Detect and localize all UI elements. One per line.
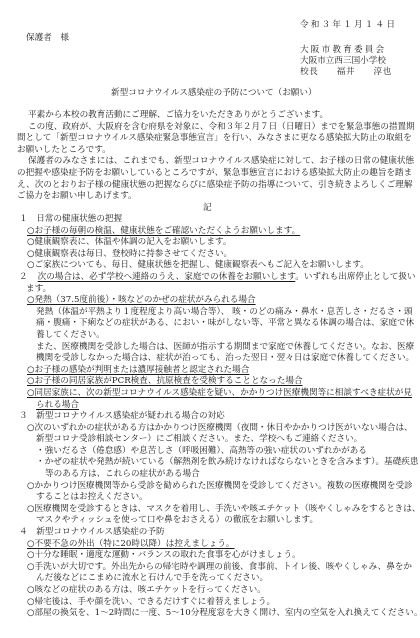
intro-line: え、次のとおりお子様の健康状態の把握ならびに感染症予防の指導について、引き続きよ… — [17, 180, 413, 191]
list-item-detail: 機関を受診しなかった場合は、症状が治っても、治った翌日・翌々日は家庭で休養してく… — [36, 353, 414, 364]
recipient: 保護者 様 — [26, 33, 69, 44]
list-item: られる場合 — [36, 400, 79, 411]
list-item: ○健康観察表は毎日、登校時に持参させてください。 — [27, 249, 232, 260]
sender-org: 大阪市教育委員会 — [300, 45, 386, 56]
intro-line: ご協力をお願い申しあげます。 — [17, 191, 137, 202]
list-item: ○お子様の毎朝の検温、健康状態をご確認いただくようお願いします。 — [27, 226, 300, 237]
list-item: ○部屋の換気を、1～2時間に一度、5～10分程度窓を大きく開け、室内の空気を入れ… — [27, 608, 420, 619]
list-item: ○ご家族についても、毎日、健康状態を把握し、健康観察表へもご記入をお願いします。 — [27, 260, 369, 271]
list-item-detail: ・かぜの症状や発熱が続いている（解熱剤を飲み続けなければならないときを含みます）… — [36, 457, 418, 468]
list-item: ○帰宅後は、手や顔を洗い、できるだけすぐに着替えましょう。 — [27, 597, 275, 608]
list-item-detail: することはお控えください。 — [36, 492, 148, 503]
list-item-detail: 新型コロナ受診相談センター）にご相談ください。また、学校へもご連絡ください。 — [36, 434, 362, 445]
list-item-detail: ・強いだるさ（倦怠感）や息苦しさ（呼吸困難）、高熱等の強い症状のいずれかがある — [36, 446, 367, 457]
list-item: ○お子様の同居家族がPCR検査、抗原検査を受検することとなった場合 — [27, 376, 303, 387]
list-item: ○健康観察表に、体温や体調の記入をお願いします。 — [27, 237, 231, 248]
intro-line: この度、政府が、大阪府を含む府県を対象に、令和３年２月７日（日曜日）までを緊急事… — [28, 122, 415, 133]
list-item: ○お子様の感染が判明または濃厚接触者と認定された場合 — [27, 365, 249, 376]
section-heading: ３ 新型コロナウイルス感染症が疑われる場合の対応 — [19, 411, 225, 422]
list-item: ○咳などの症状のある方は、咳エチケットを行ってください。 — [27, 585, 266, 596]
intro-line: 間として「新型コロナウイルス感染症緊急事態宣言」を行い、みなさまに更なる感染拡大… — [17, 133, 412, 144]
intro-line: 保護者のみなさまには、これまでも、新型コロナウイルス感染症に対して、お子様の日常… — [28, 156, 414, 167]
list-item-detail: 等のある方は、これらの症状がある場合 — [45, 469, 200, 480]
sender-school: 大阪市立西三国小学校 — [300, 56, 386, 67]
intro-line: の把握や感染症予防をお願いしているところですが、緊急事態宣言における感染拡大防止… — [17, 168, 412, 179]
intro-line: 平素から本校の教育活動にご理解、ご協力をいただきありがとうございます。 — [28, 110, 328, 121]
list-item: ○不要不急の外出（特に20時以降）は控えましょう。 — [27, 539, 235, 550]
intro-line: お願いしたところです。 — [17, 145, 111, 156]
section-heading: ２次の場合は、必ず学校へ連絡のうえ、家庭での休養をお願いします。いずれも出席停止… — [19, 272, 416, 283]
sender-principal: 校長 福井 淳也 — [300, 67, 392, 78]
section-heading: ４ 新型コロナウイルス感染症の予防 — [19, 527, 165, 538]
list-item: ○次のいずれかの症状がある方はかかりつけ医療機関（夜間・休日やかかりつけ医がいな… — [27, 423, 413, 434]
document-date: 令和３年１月１４日 — [300, 20, 397, 31]
list-item-detail: 養してください。 — [36, 330, 105, 341]
list-item: ○十分な睡眠・適度な運動・バランスの取れた食事を心がけましょう。 — [27, 550, 301, 561]
list-item-detail: マスクやティッシュを使って口や鼻をおさえる）の徹底をお願いします。 — [36, 515, 318, 526]
list-item: ○医療機関を受診するときは、マスクを着用し、手洗いや咳エチケット（咳やくしゃみを… — [27, 504, 420, 515]
section-heading-cont: ます。 — [26, 284, 51, 295]
list-item: ○手洗いが大切です。外出先からの帰宅時や調理の前後、食事前、トイレ後、咳やくしゃ… — [27, 562, 412, 573]
section-number: ２ — [19, 272, 28, 282]
section-heading-rest: 。いずれも出席停止として扱い — [295, 272, 415, 282]
list-item: ○同居家族に、次の新型コロナウイルス感染症を疑い、かかりつけ医療機関等に相談すべ… — [27, 388, 412, 399]
ki-marker: 記 — [203, 203, 212, 214]
document-title: 新型コロナウイルス感染症の予防について（お願い） — [111, 88, 317, 99]
list-item-detail: 発熱（体温が平熱より１度程度より高い場合等）、 咳・のどの痛み・鼻水・息苦しさ・… — [36, 307, 413, 318]
list-item-detail: また、医療機関を受診した場合は、医師が指示する期間まで家庭で休養してください。な… — [36, 342, 414, 353]
list-item-detail: んだ後などにこまめに流水と石けんで手を洗ってください。 — [36, 573, 268, 584]
section-heading-underlined: 次の場合は、必ず学校へ連絡のうえ、家庭での休養をお願いします — [38, 272, 296, 282]
list-item: ○かかりつけ医療機関等から受診を勧められた医療機関を受診してください。複数の医療… — [27, 481, 413, 492]
section-heading: １ 日常の健康状態の把握 — [19, 214, 122, 225]
list-item: ○発熱（37.5度前後）・咳などのかぜの症状がみられる場合 — [27, 295, 256, 306]
list-item-detail: 痛・腹痛・下痢などの症状がある、におい・味がしない等、平常と異なる体調の場合は、… — [36, 318, 414, 329]
